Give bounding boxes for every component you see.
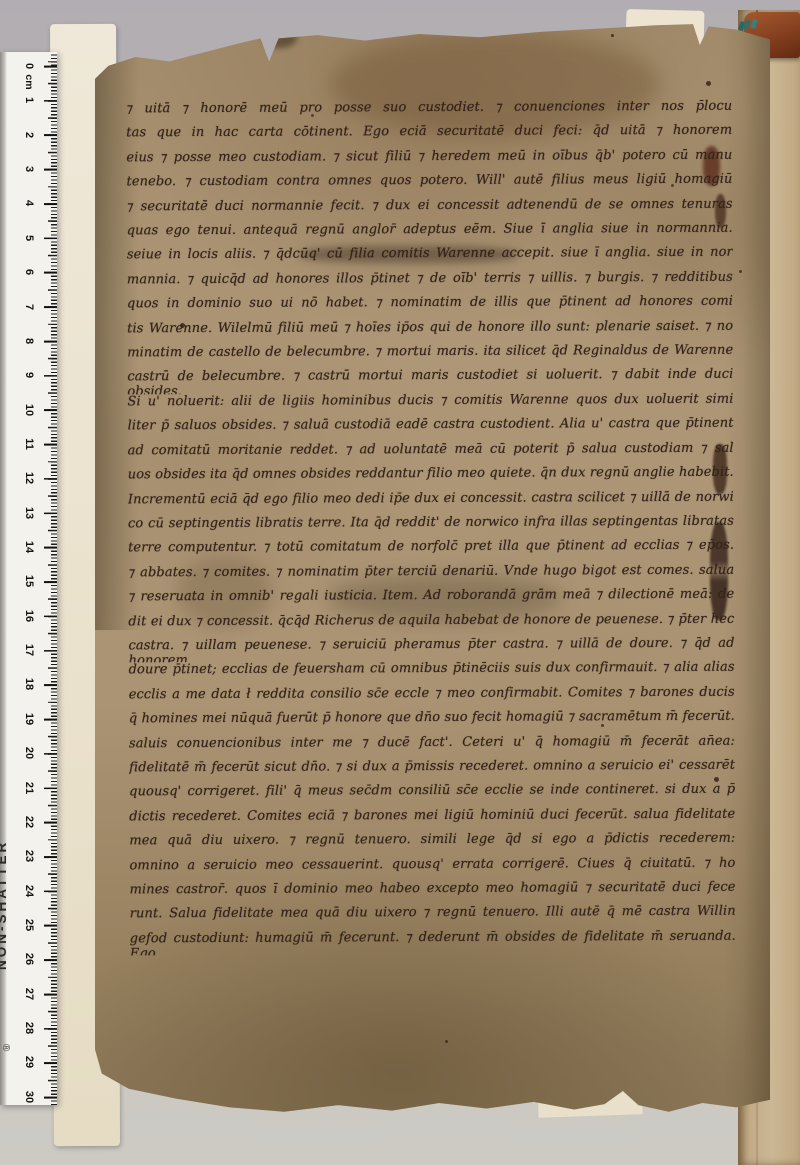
ruler-label-slot: 12: [20, 461, 38, 495]
manuscript-line: tenebo. ⁊ custodiam contra omnes quos po…: [126, 172, 732, 199]
ruler-number: 21: [23, 781, 35, 793]
ruler-number: 8: [23, 338, 35, 344]
ruler-number: 22: [23, 816, 35, 828]
manuscript-line: co cū septingentis libratis terre. Ita q…: [128, 514, 734, 541]
ruler-label-slot: 2: [20, 118, 38, 152]
manuscript-line: tis Warenne. Wilelmū filiū meū ⁊ hoīes i…: [127, 318, 733, 345]
ruler-number: 16: [23, 610, 35, 622]
ruler-label-slot: 22: [20, 805, 38, 839]
manuscript-line: mea quā diu uixero. ⁊ regnū tenuero. sim…: [129, 831, 735, 858]
ruler-number: 23: [23, 850, 35, 862]
manuscript-line: ⁊ securitatē duci normannie fecit. ⁊ dux…: [127, 196, 733, 223]
ruler-number: 5: [23, 235, 35, 241]
manuscript-line: mines castror̄. quos ī dominio meo habeo…: [130, 880, 736, 907]
ruler-label-slot: 14: [20, 530, 38, 564]
ruler-number: 3: [23, 166, 35, 172]
ruler-number: 1: [23, 97, 35, 103]
manuscript-line: ⁊ abbates. ⁊ comites. ⁊ nominatim p̄ter …: [128, 562, 734, 589]
manuscript-line: fidelitatē m̄ fecerūt sicut dn̄o. ⁊ si d…: [129, 758, 735, 785]
ruler-label-slot: 3: [20, 152, 38, 186]
ruler-number: 18: [23, 678, 35, 690]
ruler-label-slot: 7: [20, 289, 38, 323]
manuscript-line: saluis conuencionibus inter me ⁊ ducē fa…: [129, 733, 735, 760]
ruler-number: 10: [23, 403, 35, 415]
ruler-label-slot: 28: [20, 1011, 38, 1045]
ruler-label-slot: 29: [20, 1045, 38, 1079]
ruler-number: 19: [23, 713, 35, 725]
ruler-label-slot: 24: [20, 873, 38, 907]
ruler-label-slot: 20: [20, 736, 38, 770]
ruler-label-slot: 25: [20, 908, 38, 942]
registered-trademark-icon: ®: [0, 1044, 11, 1051]
ruler-number: 15: [23, 575, 35, 587]
ruler-label-slot: 11: [20, 427, 38, 461]
ruler-label-slot: 30: [20, 1080, 38, 1105]
manuscript-line: Incrementū eciā q̄d ego filio meo dedi i…: [128, 489, 734, 516]
ruler-label-slot: 27: [20, 977, 38, 1011]
ruler-number: 0: [23, 63, 35, 69]
parchment-stain: [263, 28, 297, 48]
measurement-ruler: 0 1 2 3 4 5: [0, 52, 57, 1105]
manuscript-line: uos obsides ita q̄d omnes obsides reddan…: [128, 465, 734, 492]
ruler-number: 2: [23, 132, 35, 138]
manuscript-text: ⁊ uitā ⁊ honorē meū pro posse suo custod…: [126, 99, 736, 956]
manuscript-line: terre computentur. ⁊ totū comitatum de n…: [128, 538, 734, 565]
ruler-label-slot: 17: [20, 633, 38, 667]
ruler-label-slot: 23: [20, 839, 38, 873]
ruler-number: 17: [23, 644, 35, 656]
ruler-number: 9: [23, 372, 35, 378]
manuscript-line: q̄ homines mei nūquā fuerūt p̄ honore qu…: [129, 709, 735, 736]
ruler-number: 29: [23, 1056, 35, 1068]
ruler-centimeter-ticks: [44, 52, 57, 1105]
ruler-label-slot: 21: [20, 770, 38, 804]
ruler-number: 12: [23, 472, 35, 484]
manuscript-page: ⁊ uitā ⁊ honorē meū pro posse suo custod…: [95, 22, 770, 1115]
ruler-label-slot: 16: [20, 599, 38, 633]
ruler-number: 11: [23, 438, 35, 450]
manuscript-line: doure p̄tinet; ecclias de feuersham cū o…: [129, 660, 735, 687]
ruler-number: 30: [23, 1091, 35, 1103]
ruler-number: 4: [23, 200, 35, 206]
manuscript-line: runt. Salua fidelitate mea quā diu uixer…: [130, 904, 736, 931]
manuscript-line: minatim de castello de belecumbre. ⁊ mor…: [127, 343, 733, 370]
manuscript-line: ⁊ uitā ⁊ honorē meū pro posse suo custod…: [126, 99, 732, 126]
ruler-number: 20: [23, 747, 35, 759]
ruler-label-slot: 4: [20, 186, 38, 220]
ruler-label-slot: 19: [20, 702, 38, 736]
manuscript-line: dictis recederet. Comites eciā ⁊ barones…: [129, 806, 735, 833]
ruler-label-slot: 13: [20, 495, 38, 529]
manuscript-line: dit ei dux ⁊ concessit. q̄cq̄d Richerus …: [128, 611, 734, 638]
manuscript-line: quousq' corrigeret. fili' q̄ meus sec̄dm…: [129, 782, 735, 809]
ruler-label-slot: 26: [20, 942, 38, 976]
ruler-number: 28: [23, 1022, 35, 1034]
manuscript-line: ecclis a me data ł reddita consilio sc̄e…: [129, 684, 735, 711]
ruler-number: 25: [23, 919, 35, 931]
manuscript-line: omnino a seruicio meo cessauerint. quous…: [129, 855, 735, 882]
ruler-number: 24: [23, 884, 35, 896]
manuscript-line: tas que in hac carta cōtinent̄. Ego eciā…: [126, 123, 732, 150]
ruler-label-slot: 5: [20, 221, 38, 255]
manuscript-line: castrū de belecumbre. ⁊ castrū mortui ma…: [127, 367, 733, 394]
ruler-label-slot: 18: [20, 667, 38, 701]
ruler-brand-text: NON-SHATTER: [0, 550, 9, 970]
ruler-number: 13: [23, 507, 35, 519]
ruler-label-slot: 8: [20, 324, 38, 358]
ruler-number: 27: [23, 988, 35, 1000]
manuscript-line: mannia. ⁊ quicq̄d ad honores illos p̄tin…: [127, 270, 733, 297]
manuscript-line: ⁊ reseruata in omnib' regali iusticia. I…: [128, 587, 734, 614]
ruler-number: 6: [23, 269, 35, 275]
manuscript-line: Si u' noluerit: alii de ligiis hominibus…: [127, 392, 733, 419]
manuscript-line: gefod custodiunt: humagiū m̄ fecerunt. ⁊…: [130, 928, 736, 955]
ruler-label-slot: 15: [20, 564, 38, 598]
manuscript-line: eius ⁊ posse meo custodiam. ⁊ sicut fili…: [126, 147, 732, 174]
ruler-number: 7: [23, 303, 35, 309]
ruler-number: 26: [23, 953, 35, 965]
wormholes: [611, 34, 614, 37]
ruler-labels: 0 1 2 3 4 5: [20, 52, 38, 1105]
manuscript-line: quas ego tenui. antequā regnū anglor̄ ad…: [127, 221, 733, 248]
manuscript-line: liter p̄ saluos obsides. ⁊ saluā custodi…: [128, 416, 734, 443]
ruler-number: 14: [23, 541, 35, 553]
photograph-background: ⁊ uitā ⁊ honorē meū pro posse suo custod…: [0, 0, 800, 1165]
ruler-label-slot: 6: [20, 255, 38, 289]
manuscript-line: ad comitatū moritanie reddet. ⁊ ad uolun…: [128, 440, 734, 467]
ruler-label-slot: 10: [20, 392, 38, 426]
manuscript-line: castra. ⁊ uillam peuenese. ⁊ seruiciū ph…: [128, 636, 734, 663]
ruler-label-slot: 9: [20, 358, 38, 392]
ruler-unit-label: cm: [23, 73, 35, 91]
manuscript-line: seiue in locis aliis. ⁊ q̄dcūq' cū filia…: [127, 245, 733, 272]
manuscript-line: quos in dominio suo ui nō habet. ⁊ nomin…: [127, 294, 733, 321]
